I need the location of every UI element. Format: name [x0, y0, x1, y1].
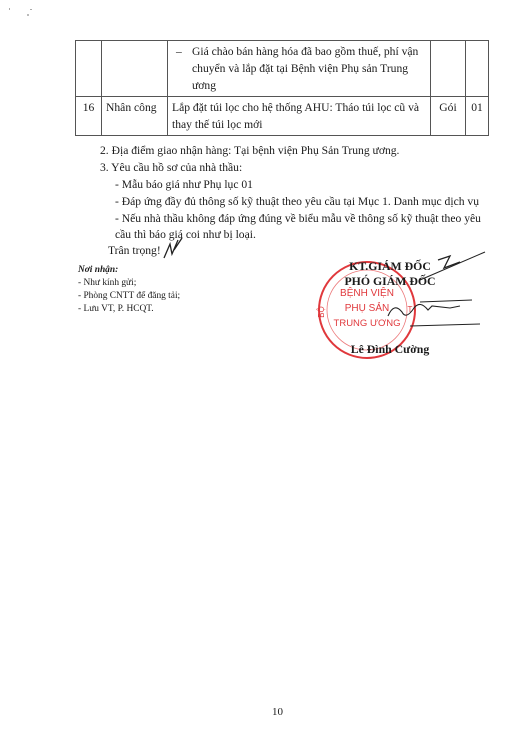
specification-table: – Giá chào bán hàng hóa đã bao gồm thuế,…	[75, 40, 489, 136]
recipient-item: - Như kính gửi;	[78, 277, 180, 290]
signature-scribble-icon	[380, 250, 490, 330]
table-row: – Giá chào bán hàng hóa đã bao gồm thuế,…	[76, 41, 489, 97]
table-row: 16 Nhân công Lắp đặt túi lọc cho hệ thốn…	[76, 97, 489, 136]
cell-description: Lắp đặt túi lọc cho hệ thống AHU: Tháo t…	[168, 97, 431, 136]
recipient-item: - Lưu VT, P. HCQT.	[78, 303, 180, 316]
scan-speck	[9, 8, 10, 10]
requirement-technical-spec: - Đáp ứng đầy đủ thông số kỹ thuật theo …	[115, 193, 479, 210]
cell-description: – Giá chào bán hàng hóa đã bao gồm thuế,…	[168, 41, 431, 97]
recipients-title: Nơi nhận:	[78, 264, 180, 277]
initials-mark-icon	[160, 236, 190, 264]
page-number: 10	[272, 706, 283, 718]
recipient-item: - Phòng CNTT để đăng tải;	[78, 290, 180, 303]
bullet-dash: –	[172, 43, 192, 94]
cell-qty	[466, 41, 489, 97]
cell-stt: 16	[76, 97, 102, 136]
item-bid-requirements: 3. Yêu cầu hồ sơ của nhà thầu:	[100, 159, 242, 176]
signer-name: Lê Đình Cường	[335, 342, 445, 357]
cell-unit	[431, 41, 466, 97]
requirement-quote-form: - Mẫu báo giá như Phụ lục 01	[115, 176, 253, 193]
closing-greeting: Trân trọng!	[108, 242, 161, 259]
svg-text:BỘ: BỘ	[317, 306, 326, 318]
item-delivery-location: 2. Địa điểm giao nhận hàng: Tại bệnh việ…	[100, 142, 399, 159]
recipients-block: Nơi nhận: - Như kính gửi; - Phòng CNTT đ…	[78, 264, 180, 316]
scan-speck	[30, 9, 32, 10]
cell-unit: Gói	[431, 97, 466, 136]
cell-stt	[76, 41, 102, 97]
cell-name: Nhân công	[102, 97, 168, 136]
description-text: Giá chào bán hàng hóa đã bao gồm thuế, p…	[192, 43, 426, 94]
cell-qty: 01	[466, 97, 489, 136]
cell-name	[102, 41, 168, 97]
scan-speck	[27, 14, 29, 16]
requirement-disqualification: - Nếu nhà thầu không đáp ứng đúng về biể…	[115, 210, 481, 227]
